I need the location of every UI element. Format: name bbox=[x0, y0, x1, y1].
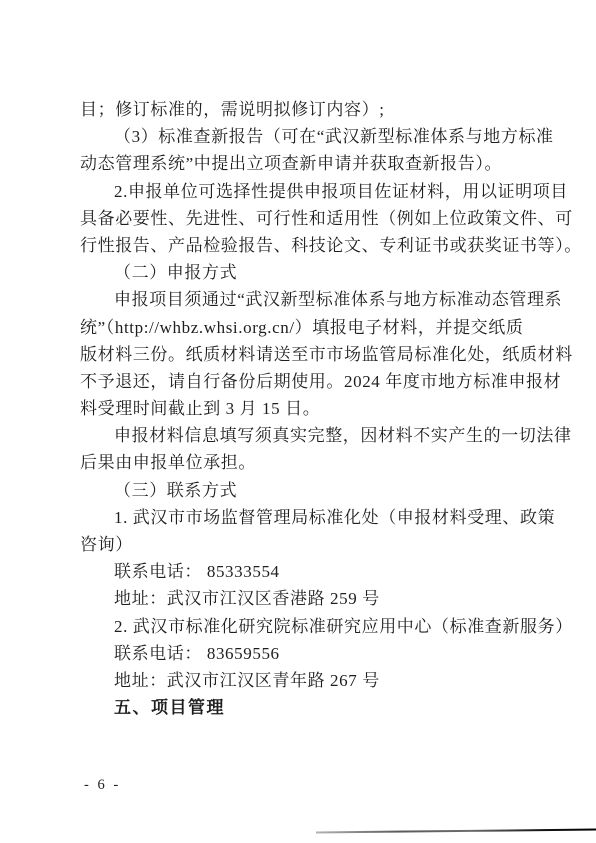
body-text-line: 料受理时间截止到 3 月 15 日。 bbox=[80, 395, 540, 422]
body-text-line: 咨询） bbox=[80, 531, 540, 558]
list-item-line: 2. 武汉市标准化研究院标准研究应用中心（标准查新服务） bbox=[80, 613, 540, 640]
body-text-line: 版材料三份。纸质材料请送至市市场监管局标准化处，纸质材料 bbox=[80, 341, 540, 368]
subsection-heading-line: （三）联系方式 bbox=[80, 477, 540, 504]
body-text-line: 行性报告、产品检验报告、科技论文、专利证书或获奖证书等）。 bbox=[80, 232, 540, 259]
contact-address-line: 地址：武汉市江汉区香港路 259 号 bbox=[80, 585, 540, 612]
contact-phone-line: 联系电话： 83659556 bbox=[80, 640, 540, 667]
document-page: 目；修订标准的，需说明拟修订内容）; （3）标准查新报告（可在“武汉新型标准体系… bbox=[0, 0, 596, 843]
list-item-line: （3）标准查新报告（可在“武汉新型标准体系与地方标准 bbox=[80, 123, 540, 150]
body-text-line: 后果由申报单位承担。 bbox=[80, 449, 540, 476]
body-text-line: 申报项目须通过“武汉新型标准体系与地方标准动态管理系 bbox=[80, 286, 540, 313]
body-text-line: 统”（http://whbz.whsi.org.cn/）填报电子材料，并提交纸质 bbox=[80, 314, 540, 341]
section-heading-project-management: 五、项目管理 bbox=[80, 694, 540, 721]
body-text-line: 动态管理系统”中提出立项查新申请并获取查新报告）。 bbox=[80, 150, 540, 177]
scan-edge-artifact bbox=[316, 829, 596, 834]
list-item-line: 1. 武汉市市场监督管理局标准化处（申报材料受理、政策 bbox=[80, 504, 540, 531]
contact-phone-line: 联系电话： 85333554 bbox=[80, 558, 540, 585]
body-text-line: 申报材料信息填写须真实完整，因材料不实产生的一切法律 bbox=[80, 422, 540, 449]
body-text-line: 不予退还，请自行备份后期使用。2024 年度市地方标准申报材 bbox=[80, 368, 540, 395]
page-number: - 6 - bbox=[84, 777, 121, 794]
list-item-line: 2.申报单位可选择性提供申报项目佐证材料，用以证明项目 bbox=[80, 178, 540, 205]
contact-address-line: 地址：武汉市江汉区青年路 267 号 bbox=[80, 667, 540, 694]
subsection-heading-line: （二）申报方式 bbox=[80, 259, 540, 286]
body-text-line: 目；修订标准的，需说明拟修订内容）; bbox=[80, 96, 540, 123]
document-body: 目；修订标准的，需说明拟修订内容）; （3）标准查新报告（可在“武汉新型标准体系… bbox=[80, 96, 540, 721]
body-text-line: 具备必要性、先进性、可行性和适用性（例如上位政策文件、可 bbox=[80, 205, 540, 232]
